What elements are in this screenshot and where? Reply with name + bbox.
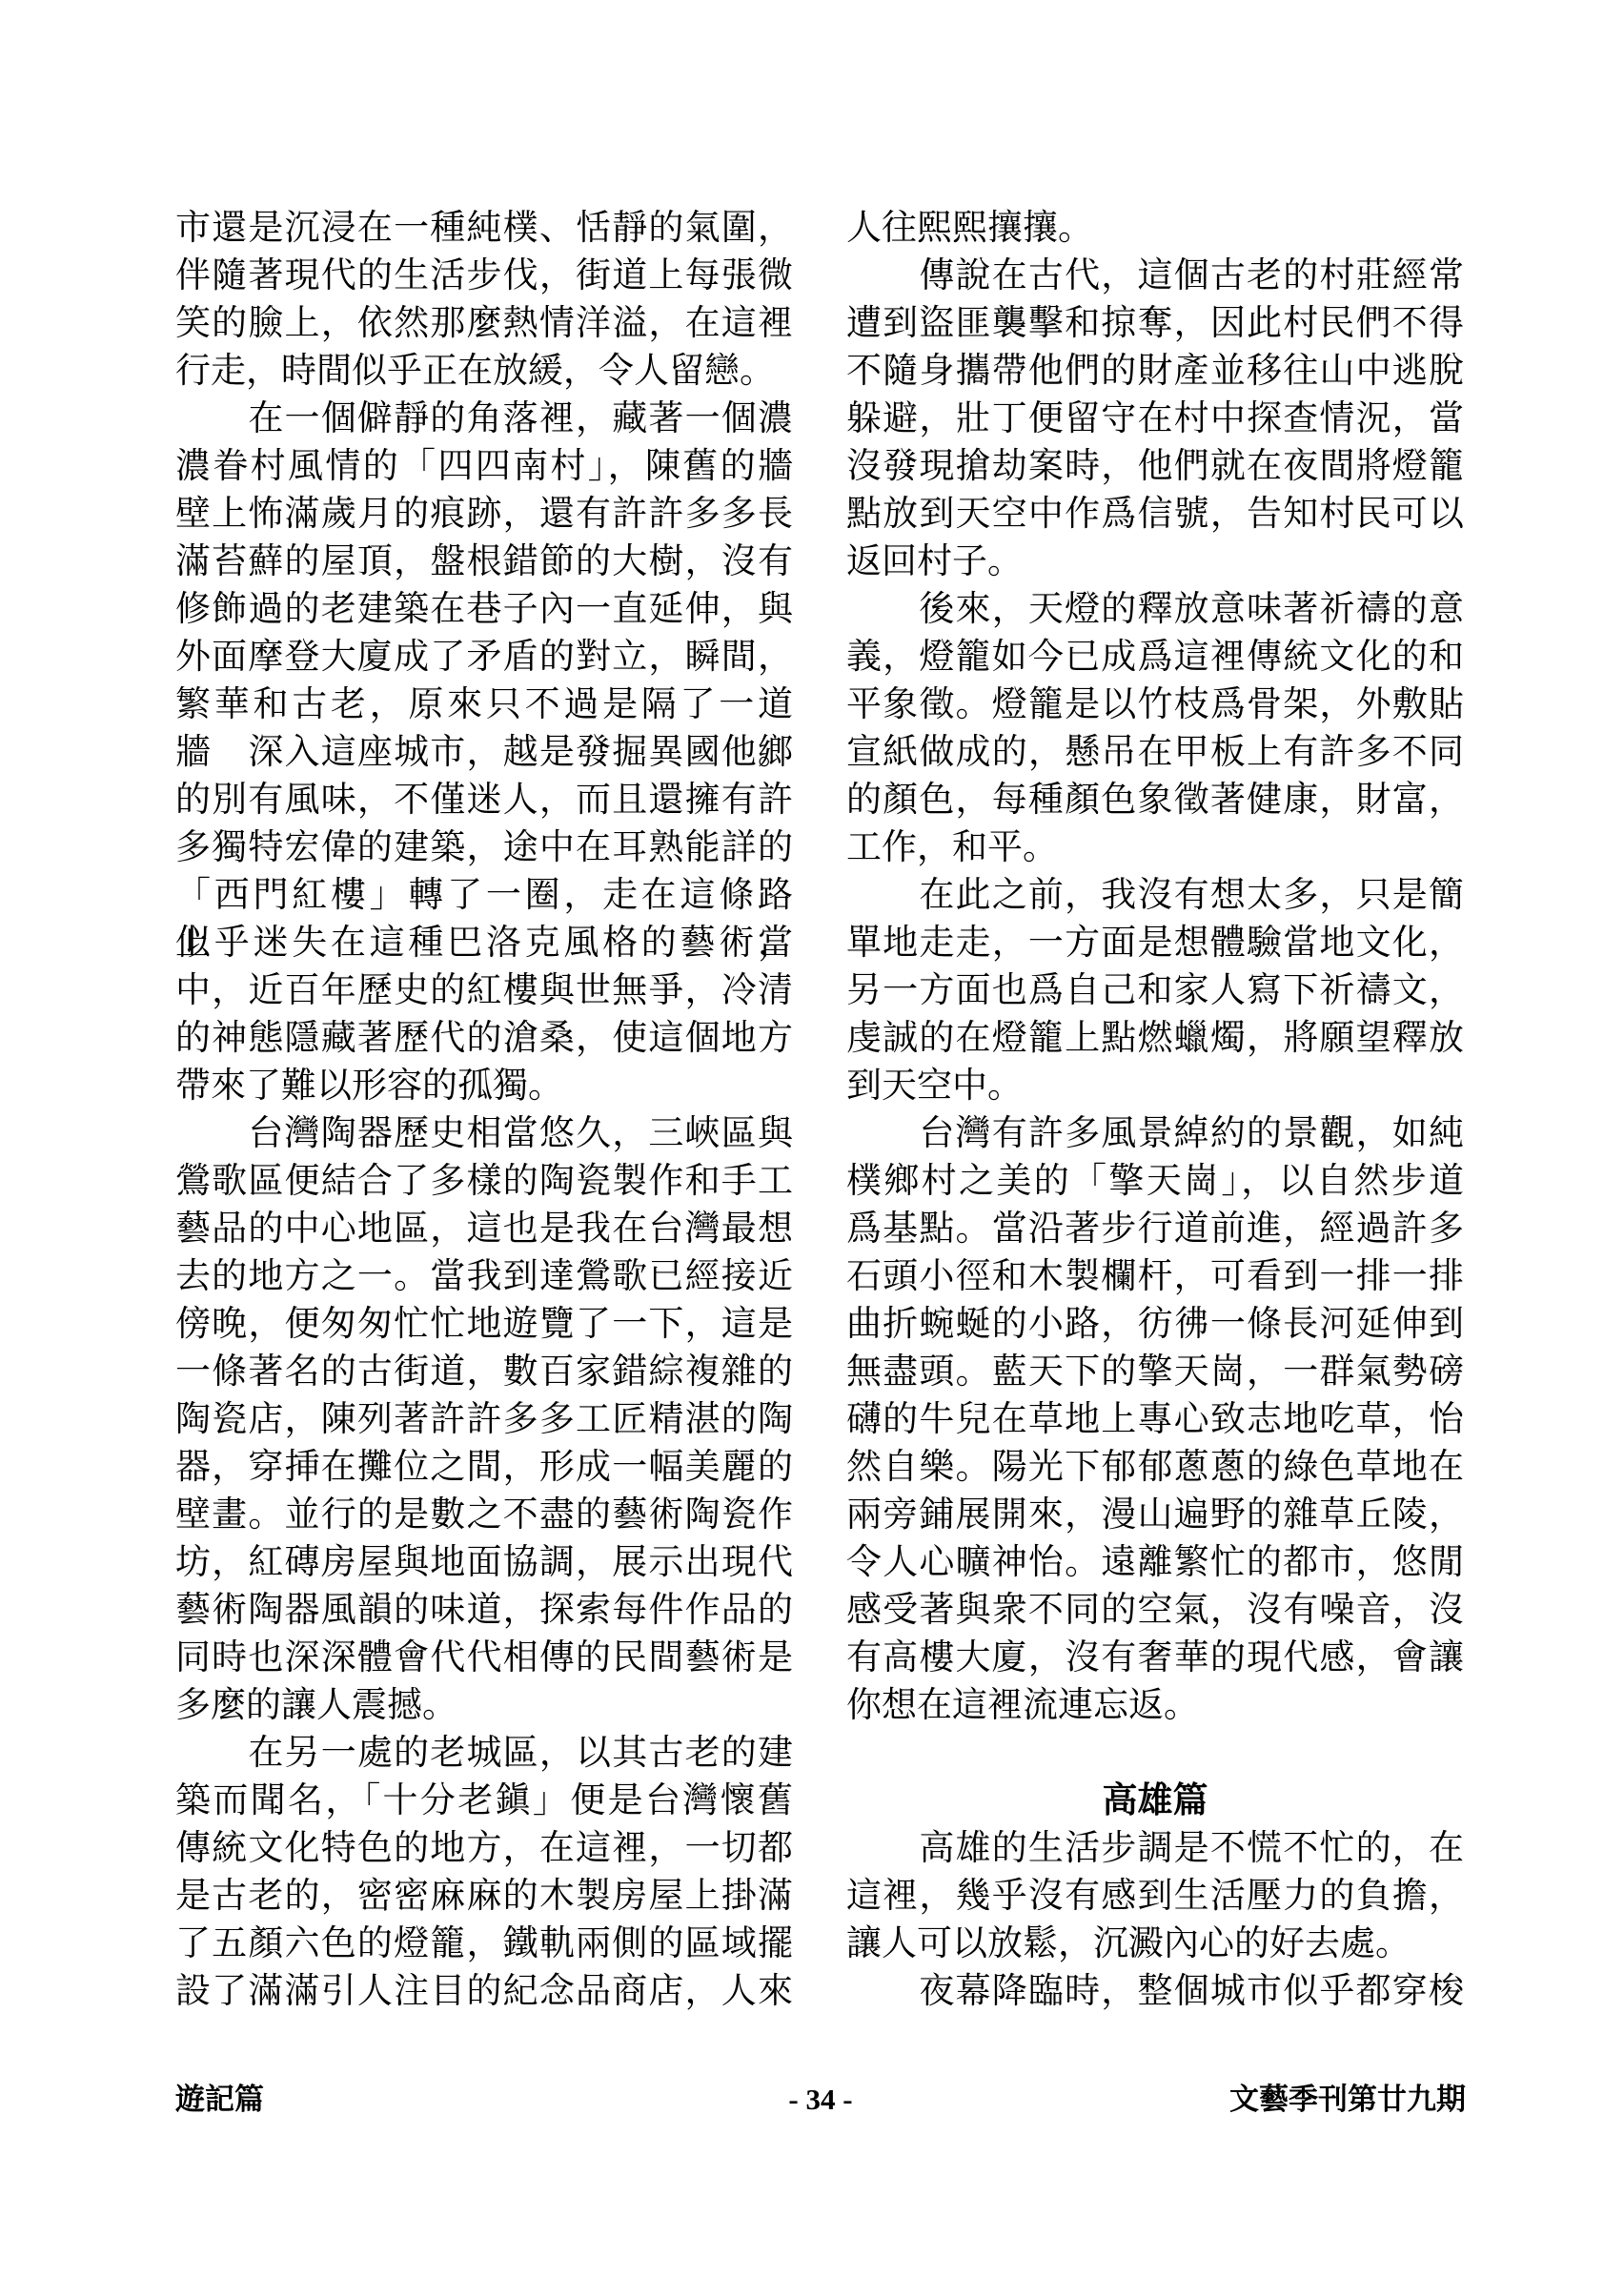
text-line: 點放到天空中作爲信號，告知村民可以 <box>846 491 1464 539</box>
text-line: 壁上怖滿歲月的痕跡，還有許許多多長 <box>175 491 793 539</box>
text-line: 藝術陶器風韻的味道，探索每件作品的 <box>175 1587 793 1635</box>
text-line: 虔誠的在燈籠上點燃蠟燭，將願望釋放 <box>846 1015 1464 1063</box>
text-line: 中，近百年歷史的紅樓與世無爭，冷清 <box>175 967 793 1015</box>
text-line: 遭到盜匪襲擊和掠奪，因此村民們不得 <box>846 300 1464 348</box>
text-line: 在此之前，我沒有想太多，只是簡 <box>846 872 1464 920</box>
footer-section-title: 遊記篇 <box>175 2081 264 2119</box>
page-body: 市還是沉浸在一種純樸、恬靜的氣圍，伴隨著現代的生活步伐，街道上每張微笑的臉上，依… <box>175 205 1464 2016</box>
text-line: 在另一處的老城區，以其古老的建 <box>175 1730 793 1778</box>
text-line: 有高樓大廈，沒有奢華的現代感，會讓 <box>846 1635 1464 1682</box>
text-line: 返回村子。 <box>846 539 1464 586</box>
text-line: 滿苔蘚的屋頂，盤根錯節的大樹，沒有 <box>175 539 793 586</box>
column-right: 人往熙熙攘攘。 傳說在古代，這個古老的村莊經常遭到盜匪襲擊和掠奪，因此村民們不得… <box>846 205 1464 2016</box>
text-line: 坊，紅磚房屋與地面協調，展示出現代 <box>175 1539 793 1587</box>
text-line: 市還是沉浸在一種純樸、恬靜的氣圍， <box>175 205 793 253</box>
text-line: 後來，天燈的釋放意味著祈禱的意 <box>846 586 1464 634</box>
text-line: 另一方面也爲自己和家人寫下祈禱文， <box>846 967 1464 1015</box>
text-line: 陶瓷店，陳列著許許多多工匠精湛的陶 <box>175 1396 793 1444</box>
text-line: 夜幕降臨時，整個城市似乎都穿梭 <box>846 1968 1464 2016</box>
text-line: 傳統文化特色的地方，在這裡，一切都 <box>175 1825 793 1873</box>
text-line: 令人心曠神怡。遠離繁忙的都市，悠閒 <box>846 1539 1464 1587</box>
text-line: 了五顏六色的燈籠，鐵軌兩側的區域擺 <box>175 1921 793 1968</box>
text-line: 的顏色，每種顏色象徵著健康，財富， <box>846 777 1464 824</box>
text-line: 單地走走，一方面是想體驗當地文化， <box>846 920 1464 967</box>
text-line: 工作，和平。 <box>846 824 1464 872</box>
text-line: 「西門紅樓」轉了一圈，走在這條路上， <box>175 872 793 920</box>
text-line: 你想在這裡流連忘返。 <box>846 1682 1464 1730</box>
text-line: 似乎迷失在這種巴洛克風格的藝術當 <box>175 920 793 967</box>
text-line: 同時也深深體會代代相傳的民間藝術是 <box>175 1635 793 1682</box>
text-line: 伴隨著現代的生活步伐，街道上每張微 <box>175 253 793 300</box>
text-line: 感受著與衆不同的空氣，沒有噪音，沒 <box>846 1587 1464 1635</box>
document-page: 市還是沉浸在一種純樸、恬靜的氣圍，伴隨著現代的生活步伐，街道上每張微笑的臉上，依… <box>0 0 1624 2277</box>
text-line: 修飾過的老建築在巷子內一直延伸，與 <box>175 586 793 634</box>
text-line: 繁華和古老，原來只不過是隔了一道牆。 <box>175 681 793 729</box>
text-line: 不隨身攜帶他們的財產並移往山中逃脫 <box>846 348 1464 396</box>
text-line: 帶來了難以形容的孤獨。 <box>175 1063 793 1110</box>
text-line: 石頭小徑和木製欄杆，可看到一排一排 <box>846 1253 1464 1301</box>
blank-line <box>846 1730 1464 1778</box>
text-line: 在一個僻靜的角落裡，藏著一個濃 <box>175 396 793 443</box>
column-left: 市還是沉浸在一種純樸、恬靜的氣圍，伴隨著現代的生活步伐，街道上每張微笑的臉上，依… <box>175 205 793 2016</box>
text-line: 的神態隱藏著歷代的滄桑，使這個地方 <box>175 1015 793 1063</box>
page-footer: - 34 - 遊記篇 文藝季刊第廿九期 <box>175 2081 1466 2119</box>
text-line: 行走，時間似乎正在放緩，令人留戀。 <box>175 348 793 396</box>
text-line: 多獨特宏偉的建築，途中在耳熟能詳的 <box>175 824 793 872</box>
section-heading: 高雄篇 <box>846 1778 1464 1825</box>
text-line: 高雄的生活步調是不慌不忙的，在 <box>846 1825 1464 1873</box>
text-line: 曲折蜿蜒的小路，彷彿一條長河延伸到 <box>846 1301 1464 1349</box>
text-line: 設了滿滿引人注目的紀念品商店，人來 <box>175 1968 793 2016</box>
text-line: 濃眷村風情的「四四南村」，陳舊的牆 <box>175 443 793 491</box>
text-line: 壁畫。並行的是數之不盡的藝術陶瓷作 <box>175 1492 793 1539</box>
text-line: 義，燈籠如今已成爲這裡傳統文化的和 <box>846 634 1464 681</box>
text-line: 樸鄉村之美的「擎天崗」，以自然步道 <box>846 1158 1464 1206</box>
text-line: 爲基點。當沿著步行道前進，經過許多 <box>846 1206 1464 1253</box>
text-line: 外面摩登大廈成了矛盾的對立，瞬間， <box>175 634 793 681</box>
text-line: 讓人可以放鬆，沉澱內心的好去處。 <box>846 1921 1464 1968</box>
text-line: 的別有風味，不僅迷人，而且還擁有許 <box>175 777 793 824</box>
text-line: 多麼的讓人震撼。 <box>175 1682 793 1730</box>
text-line: 兩旁鋪展開來，漫山遍野的雜草丘陵， <box>846 1492 1464 1539</box>
text-line: 礴的牛兒在草地上專心致志地吃草，怡 <box>846 1396 1464 1444</box>
text-line: 無盡頭。藍天下的擎天崗，一群氣勢磅 <box>846 1349 1464 1396</box>
footer-journal-title: 文藝季刊第廿九期 <box>1229 2081 1466 2119</box>
text-line: 宣紙做成的，懸吊在甲板上有許多不同 <box>846 729 1464 777</box>
text-line: 去的地方之一。當我到達鶯歌已經接近 <box>175 1253 793 1301</box>
text-line: 然自樂。陽光下郁郁蔥蔥的綠色草地在 <box>846 1444 1464 1492</box>
text-line: 笑的臉上，依然那麼熱情洋溢，在這裡 <box>175 300 793 348</box>
text-line: 一條著名的古街道，數百家錯綜複雜的 <box>175 1349 793 1396</box>
text-line: 台灣陶器歷史相當悠久，三峽區與 <box>175 1110 793 1158</box>
text-line: 傍晚，便匆匆忙忙地遊覽了一下，這是 <box>175 1301 793 1349</box>
text-line: 是古老的，密密麻麻的木製房屋上掛滿 <box>175 1873 793 1921</box>
text-line: 躲避，壯丁便留守在村中探查情況，當 <box>846 396 1464 443</box>
text-line: 傳說在古代，這個古老的村莊經常 <box>846 253 1464 300</box>
text-line: 深入這座城市，越是發掘異國他鄉 <box>175 729 793 777</box>
text-line: 沒發現搶劫案時，他們就在夜間將燈籠 <box>846 443 1464 491</box>
text-line: 築而聞名，「十分老鎭」便是台灣懷舊 <box>175 1778 793 1825</box>
text-line: 器，穿挿在攤位之間，形成一幅美麗的 <box>175 1444 793 1492</box>
text-line: 到天空中。 <box>846 1063 1464 1110</box>
text-line: 台灣有許多風景綽約的景觀，如純 <box>846 1110 1464 1158</box>
text-line: 這裡，幾乎沒有感到生活壓力的負擔， <box>846 1873 1464 1921</box>
text-line: 人往熙熙攘攘。 <box>846 205 1464 253</box>
text-line: 鶯歌區便結合了多樣的陶瓷製作和手工 <box>175 1158 793 1206</box>
text-line: 藝品的中心地區，這也是我在台灣最想 <box>175 1206 793 1253</box>
text-line: 平象徵。燈籠是以竹枝爲骨架，外敷貼 <box>846 681 1464 729</box>
